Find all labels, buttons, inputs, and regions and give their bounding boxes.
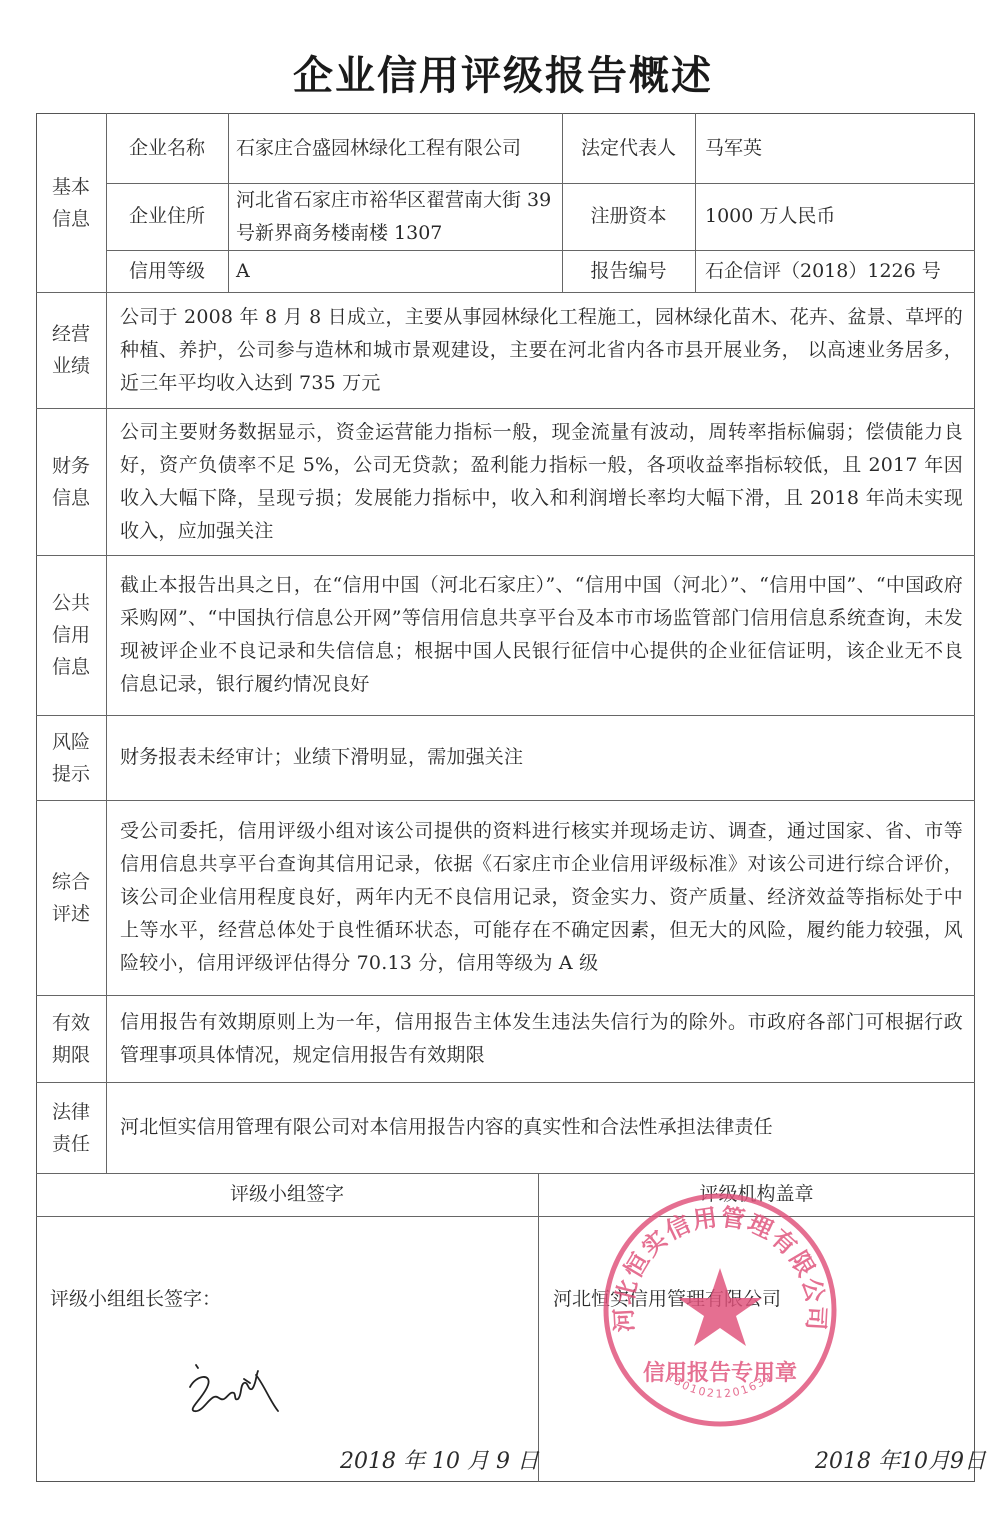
- team-leader-signature-label: 评级小组组长签字：: [50, 1283, 221, 1316]
- paragraph: 受公司委托，信用评级小组对该公司提供的资料进行核实并现场走访、调查，通过国家、省…: [120, 815, 963, 980]
- section-label-text: 公共信用信息: [49, 587, 93, 683]
- value-text: 石家庄合盛园林绿化工程有限公司: [236, 132, 521, 165]
- section-label-business-performance: 经营业绩: [36, 292, 106, 408]
- section-label-text: 法律责任: [49, 1096, 93, 1160]
- section-label-legal-liability: 法律责任: [36, 1082, 106, 1173]
- field-label-address: 企业住所: [106, 183, 228, 250]
- field-label-legal-rep: 法定代表人: [562, 113, 695, 183]
- value-text: 河北省石家庄市裕华区翟营南大街 39 号新界商务楼南楼 1307: [236, 184, 554, 250]
- paragraph: 公司于 2008 年 8 月 8 日成立，主要从事园林绿化工程施工，园林绿化苗木…: [120, 301, 963, 400]
- label-text: 注册资本: [590, 200, 666, 233]
- section-label-public-credit-info: 公共信用信息: [36, 555, 106, 715]
- section-text-business-performance: 公司于 2008 年 8 月 8 日成立，主要从事园林绿化工程施工，园林绿化苗木…: [106, 292, 975, 408]
- section-text-legal-liability: 河北恒实信用管理有限公司对本信用报告内容的真实性和合法性承担法律责任: [106, 1082, 975, 1173]
- section-label-text: 综合评述: [49, 866, 93, 930]
- field-value-report-number: 石企信评（2018）1226 号: [695, 250, 975, 292]
- signature-header-left: 评级小组签字: [36, 1173, 538, 1216]
- divider: [538, 1173, 539, 1482]
- section-label-text: 风险提示: [49, 726, 93, 790]
- section-label-financial-info: 财务信息: [36, 408, 106, 555]
- date-text: 2018 年10月9日: [815, 1449, 986, 1474]
- section-label-text: 经营业绩: [49, 318, 93, 382]
- official-seal-icon: 河北恒实信用管理有限公司 信用报告专用章 1301021201639: [600, 1190, 840, 1430]
- paragraph: 信用报告有效期原则上为一年，信用报告主体发生违法失信行为的除外。市政府各部门可根…: [120, 1006, 963, 1072]
- section-label-text: 财务信息: [49, 450, 93, 514]
- value-text: 马军英: [705, 132, 762, 165]
- section-text-overall-review: 受公司委托，信用评级小组对该公司提供的资料进行核实并现场走访、调查，通过国家、省…: [106, 800, 975, 995]
- paragraph: 截止本报告出具之日，在“信用中国（河北石家庄）”、“信用中国（河北）”、“信用中…: [120, 569, 963, 701]
- section-label-text: 基本信息: [49, 171, 93, 235]
- label-text: 企业住所: [129, 200, 205, 233]
- paragraph: 公司主要财务数据显示，资金运营能力指标一般，现金流量有波动，周转率指标偏弱；偿债…: [120, 416, 963, 548]
- label-text: 企业名称: [129, 132, 205, 165]
- field-value-legal-rep: 马军英: [695, 113, 975, 183]
- section-text-financial-info: 公司主要财务数据显示，资金运营能力指标一般，现金流量有波动，周转率指标偏弱；偿债…: [106, 408, 975, 555]
- section-text-public-credit-info: 截止本报告出具之日，在“信用中国（河北石家庄）”、“信用中国（河北）”、“信用中…: [106, 555, 975, 715]
- section-label-basic-info: 基本信息: [36, 113, 106, 292]
- label-text: 报告编号: [590, 255, 666, 288]
- value-text: 1000 万人民币: [705, 200, 835, 233]
- field-label-credit-grade: 信用等级: [106, 250, 228, 292]
- value-text: 石企信评（2018）1226 号: [705, 255, 941, 288]
- header-text: 评级小组签字: [230, 1178, 344, 1211]
- svg-text:信用报告专用章: 信用报告专用章: [643, 1360, 797, 1386]
- paragraph: 河北恒实信用管理有限公司对本信用报告内容的真实性和合法性承担法律责任: [120, 1111, 773, 1144]
- field-value-credit-grade: A: [228, 250, 562, 292]
- section-text-validity: 信用报告有效期原则上为一年，信用报告主体发生违法失信行为的除外。市政府各部门可根…: [106, 995, 975, 1082]
- section-label-risk-warning: 风险提示: [36, 715, 106, 800]
- rating-agency-sign-date: 2018 年10月9日: [815, 1445, 986, 1478]
- field-label-company-name: 企业名称: [106, 113, 228, 183]
- section-text-risk-warning: 财务报表未经审计；业绩下滑明显，需加强关注: [106, 715, 975, 800]
- value-text: A: [236, 255, 250, 288]
- paragraph: 财务报表未经审计；业绩下滑明显，需加强关注: [120, 741, 523, 774]
- label-text: 法定代表人: [581, 132, 676, 165]
- label-text: 评级小组组长签字：: [50, 1288, 221, 1310]
- field-value-registered-capital: 1000 万人民币: [695, 183, 975, 250]
- field-value-company-name: 石家庄合盛园林绿化工程有限公司: [228, 113, 562, 183]
- field-value-address: 河北省石家庄市裕华区翟营南大街 39 号新界商务楼南楼 1307: [228, 183, 562, 250]
- section-label-overall-review: 综合评述: [36, 800, 106, 995]
- field-label-registered-capital: 注册资本: [562, 183, 695, 250]
- date-text: 2018 年 10 月 9 日: [340, 1449, 539, 1474]
- field-label-report-number: 报告编号: [562, 250, 695, 292]
- label-text: 信用等级: [129, 255, 205, 288]
- handwritten-signature-icon: [178, 1345, 298, 1420]
- section-label-text: 有效期限: [49, 1007, 93, 1071]
- team-leader-sign-date: 2018 年 10 月 9 日: [340, 1445, 539, 1478]
- page-title: 企业信用评级报告概述: [0, 44, 1006, 101]
- section-label-validity: 有效期限: [36, 995, 106, 1082]
